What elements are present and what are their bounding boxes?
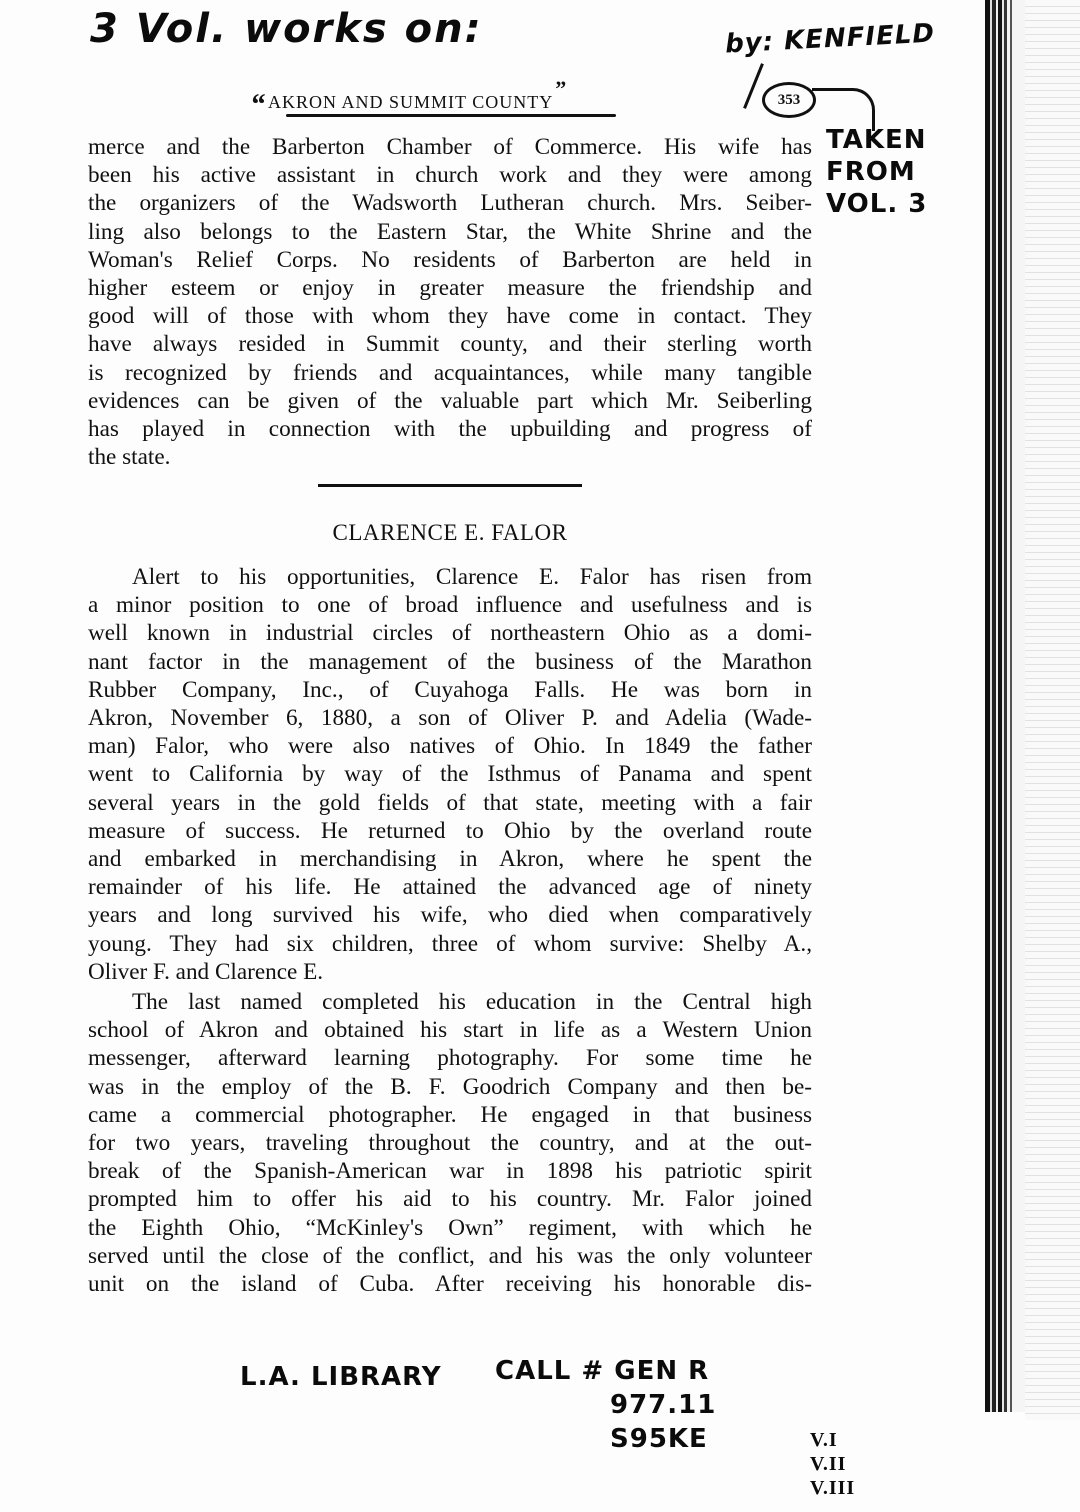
text-line: well known in industrial circles of nort… xyxy=(88,619,812,647)
text-line: young. They had six children, three of w… xyxy=(88,930,812,958)
text-line: been his active assistant in church work… xyxy=(88,161,812,189)
quote-close-mark: ” xyxy=(555,76,567,101)
text-line: several years in the gold fields of that… xyxy=(88,789,812,817)
text-line: the state. xyxy=(88,443,812,471)
text-line: the organizers of the Wadsworth Lutheran… xyxy=(88,189,812,217)
text-line: went to California by way of the Isthmus… xyxy=(88,760,812,788)
text-line: have always resided in Summit county, an… xyxy=(88,330,812,358)
handwritten-underline xyxy=(286,114,616,117)
section-title: CLARENCE E. FALOR xyxy=(88,520,812,546)
handwritten-note-works: 3 Vol. works on: xyxy=(90,6,483,52)
book-binding-edge xyxy=(985,0,1025,1412)
text-line: break of the Spanish-American war in 189… xyxy=(88,1157,812,1185)
continuation-paragraph: merce and the Barberton Chamber of Comme… xyxy=(88,133,812,471)
text-line: Oliver F. and Clarence E. xyxy=(88,958,812,986)
text-line: for two years, traveling throughout the … xyxy=(88,1129,812,1157)
volume-line: V.III xyxy=(810,1476,855,1500)
text-line: man) Falor, who were also natives of Ohi… xyxy=(88,732,812,760)
text-line: prompted him to offer his aid to his cou… xyxy=(88,1185,812,1213)
text-line: nant factor in the management of the bus… xyxy=(88,648,812,676)
text-line: Akron, November 6, 1880, a son of Oliver… xyxy=(88,704,812,732)
taken-line: FROM xyxy=(826,156,927,188)
running-title: AKRON AND SUMMIT COUNTY xyxy=(268,92,553,112)
biography-paragraph-1: Alert to his opportunities, Clarence E. … xyxy=(88,563,812,986)
taken-line: VOL. 3 xyxy=(826,188,927,220)
text-line: measure of success. He returned to Ohio … xyxy=(88,817,812,845)
handwritten-note-taken-from: TAKEN FROM VOL. 3 xyxy=(826,124,927,220)
text-line: unit on the island of Cuba. After receiv… xyxy=(88,1270,812,1298)
text-line: and embarked in merchandising in Akron, … xyxy=(88,845,812,873)
text-line: The last named completed his education i… xyxy=(88,988,812,1016)
text-line: came a commercial photographer. He engag… xyxy=(88,1101,812,1129)
text-line: the Eighth Ohio, “McKinley's Own” regime… xyxy=(88,1214,812,1242)
handwritten-slash-mark xyxy=(743,63,764,109)
biography-paragraph-2: The last named completed his education i… xyxy=(88,988,812,1298)
text-line: merce and the Barberton Chamber of Comme… xyxy=(88,133,812,161)
volume-line: V.II xyxy=(810,1452,855,1476)
text-line: is recognized by friends and acquaintanc… xyxy=(88,359,812,387)
text-line: remainder of his life. He attained the a… xyxy=(88,873,812,901)
handwritten-volume-list: V.I V.II V.III xyxy=(810,1428,855,1500)
text-line: Woman's Relief Corps. No residents of Ba… xyxy=(88,246,812,274)
handwritten-call-number: CALL # GEN R 977.11 S95KE xyxy=(495,1354,716,1456)
text-line: higher esteem or enjoy in greater measur… xyxy=(88,274,812,302)
running-head: “AKRON AND SUMMIT COUNTY” xyxy=(250,82,680,116)
text-line: a minor position to one of broad influen… xyxy=(88,591,812,619)
handwritten-note-author: by: KENFIELD xyxy=(724,19,935,60)
text-line: served until the close of the conflict, … xyxy=(88,1242,812,1270)
call-number-line: CALL # GEN R xyxy=(495,1354,716,1388)
text-line: has played in connection with the upbuil… xyxy=(88,415,812,443)
text-line: was in the employ of the B. F. Goodrich … xyxy=(88,1073,812,1101)
text-line: years and long survived his wife, who di… xyxy=(88,901,812,929)
text-line: evidences can be given of the valuable p… xyxy=(88,387,812,415)
call-number-line: S95KE xyxy=(495,1422,716,1456)
text-line: messenger, afterward learning photograph… xyxy=(88,1044,812,1072)
section-divider xyxy=(318,484,582,487)
text-line: Rubber Company, Inc., of Cuyahoga Falls.… xyxy=(88,676,812,704)
handwritten-library-name: L.A. LIBRARY xyxy=(240,1362,442,1392)
text-line: ling also belongs to the Eastern Star, t… xyxy=(88,218,812,246)
text-line: good will of those with whom they have c… xyxy=(88,302,812,330)
taken-line: TAKEN xyxy=(826,124,927,156)
quote-open-mark: “ xyxy=(250,88,266,121)
call-number-line: 977.11 xyxy=(495,1388,716,1422)
volume-line: V.I xyxy=(810,1428,855,1452)
scan-noise-margin xyxy=(1025,0,1080,1420)
page-number-circled: 353 xyxy=(762,82,816,118)
text-line: school of Akron and obtained his start i… xyxy=(88,1016,812,1044)
text-line: Alert to his opportunities, Clarence E. … xyxy=(88,563,812,591)
